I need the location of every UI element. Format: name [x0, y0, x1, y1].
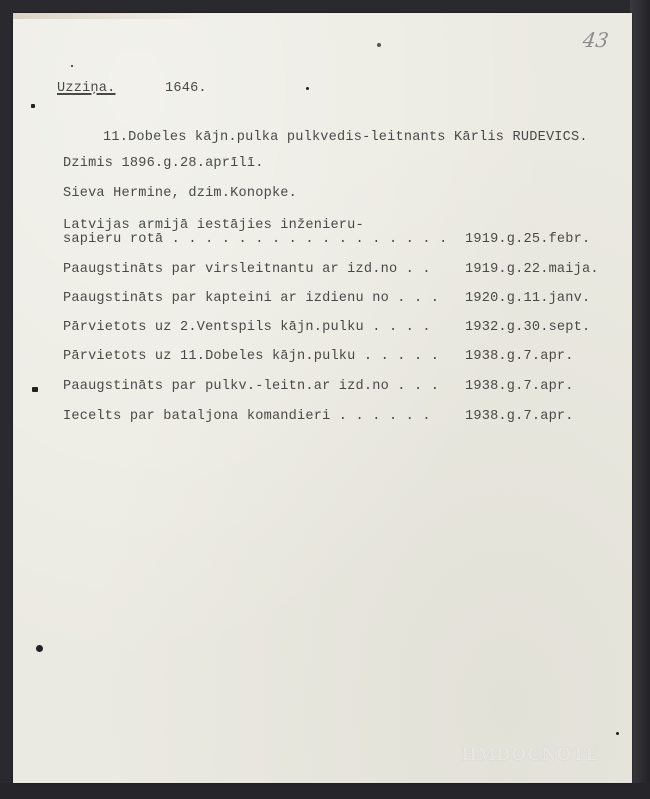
entry-date: 1919.g.25.febr. — [465, 233, 590, 247]
entry-date: 1938.g.7.apr. — [465, 410, 574, 424]
scanner-backdrop-right — [630, 0, 650, 799]
entry-event-continued: sapieru rotā . . . . . . . . . . . . . .… — [63, 233, 447, 247]
entry-event: Pārvietots uz 2.Ventspils kājn.pulku . .… — [63, 321, 431, 335]
entry-date: 1920.g.11.janv. — [465, 292, 590, 306]
entry-event: Iecelts par bataljona komandieri . . . .… — [63, 410, 431, 424]
entry-event: Paaugstināts par virsleitnantu ar izd.no… — [63, 263, 431, 277]
entry-event: Paaugstināts par kapteini ar izdienu no … — [63, 292, 439, 306]
birth-line: Dzimis 1896.g.28.aprīlī. — [63, 157, 264, 171]
entry-date: 1919.g.22.maija. — [465, 263, 599, 277]
ink-speck — [31, 104, 35, 108]
scanner-backdrop-bottom — [0, 783, 650, 799]
ink-speck — [306, 87, 309, 90]
entry-event: Paaugstināts par pulkv.-leitn.ar izd.no … — [63, 380, 439, 394]
ink-speck — [71, 65, 73, 67]
subject-line: 11.Dobeles kājn.pulka pulkvedis-leitnant… — [103, 131, 588, 145]
entry-event: Latvijas armijā iestājies inženieru- — [63, 219, 364, 233]
ink-speck — [377, 43, 381, 47]
entry-date: 1932.g.30.sept. — [465, 321, 590, 335]
archive-watermark: HMDOCNOTE — [462, 744, 600, 766]
entry-event: Pārvietots uz 11.Dobeles kājn.pulku . . … — [63, 350, 439, 364]
entry-date: 1938.g.7.apr. — [465, 380, 574, 394]
document-reference-number: 1646. — [165, 82, 207, 96]
ink-speck — [36, 645, 43, 652]
entry-date: 1938.g.7.apr. — [465, 350, 574, 364]
document-page — [13, 13, 632, 783]
ink-speck — [616, 732, 619, 735]
handwritten-page-number: 43 — [581, 28, 610, 52]
spouse-line: Sieva Hermine, dzim.Konopke. — [63, 187, 297, 201]
ink-speck — [32, 387, 38, 392]
document-heading-label: Uzziņa. — [57, 82, 116, 96]
